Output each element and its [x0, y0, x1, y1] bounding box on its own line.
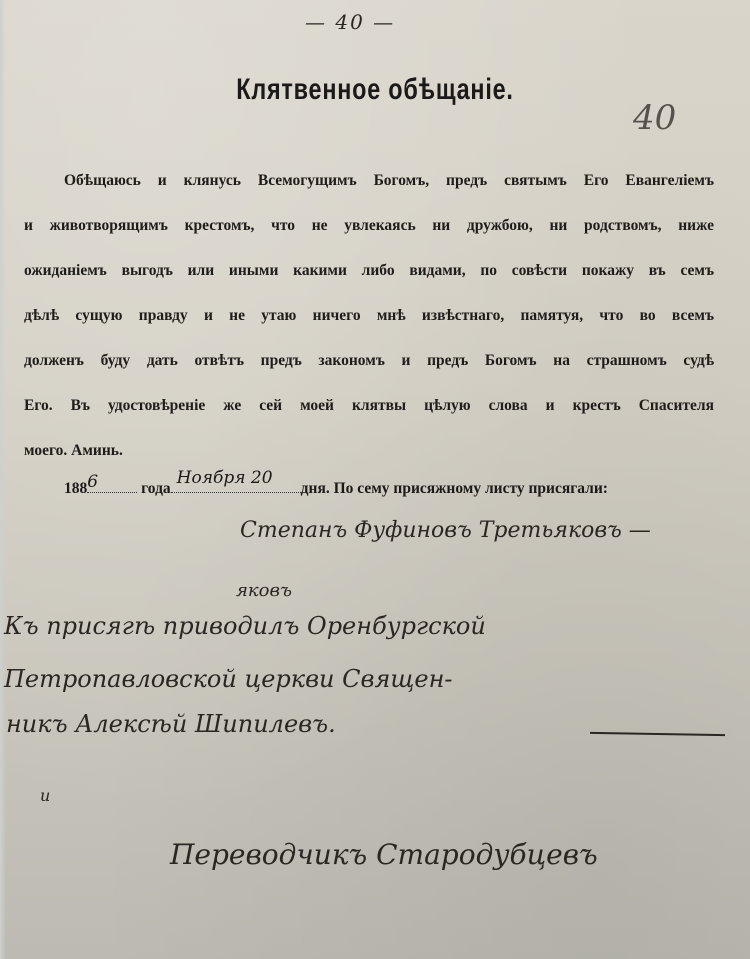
- oath-line: Обѣщаюсь и клянусь Всемогущимъ Богомъ, п…: [24, 158, 714, 203]
- date-field: Ноября 20: [171, 478, 301, 493]
- handwritten-line: никъ Алексѣй Шипилевъ.: [6, 710, 336, 738]
- handwritten-line: Къ присягѣ приводилъ Оренбургской: [4, 612, 486, 640]
- oath-line: ожиданіемъ выгодъ или иными какими либо …: [24, 248, 714, 293]
- month-handwritten: Ноября 20: [177, 468, 273, 488]
- year-word: года: [141, 480, 171, 497]
- page-edge: [0, 0, 6, 959]
- page-number: — 40 —: [305, 10, 395, 34]
- handwritten-line: и: [40, 786, 50, 805]
- oath-text: Обѣщаюсь и клянусь Всемогущимъ Богомъ, п…: [24, 158, 714, 473]
- year-field: 6: [87, 478, 137, 493]
- day-word: дня.: [301, 480, 330, 497]
- sworn-by-label: По сему присяжному листу присягали:: [334, 480, 608, 497]
- handwritten-signature: Переводчикъ Стародубцевъ: [170, 838, 598, 871]
- handwritten-line: яковъ: [236, 580, 292, 601]
- handwritten-line: Петропавловской церкви Священ-: [4, 665, 453, 693]
- year-handwritten: 6: [87, 472, 98, 492]
- date-line: 1886 годаНоября 20дня. По сему присяжном…: [64, 478, 714, 498]
- oath-line: и животворящимъ крестомъ, что не увлекая…: [24, 203, 714, 248]
- oath-line: дѣлѣ сущую правду и не утаю ничего мнѣ и…: [24, 293, 714, 338]
- oath-line: долженъ буду дать отвѣтъ предъ закономъ …: [24, 338, 714, 383]
- document-title: Клятвенное обѣщаніе.: [83, 73, 668, 107]
- handwritten-signature-line: Степанъ Фуфиновъ Третьяковъ —: [240, 518, 651, 543]
- year-prefix: 188: [64, 480, 87, 497]
- oath-line: Его. Въ удостовѣреніе же сей моей клятвы…: [24, 383, 714, 428]
- oath-line: моего. Аминь.: [24, 428, 714, 473]
